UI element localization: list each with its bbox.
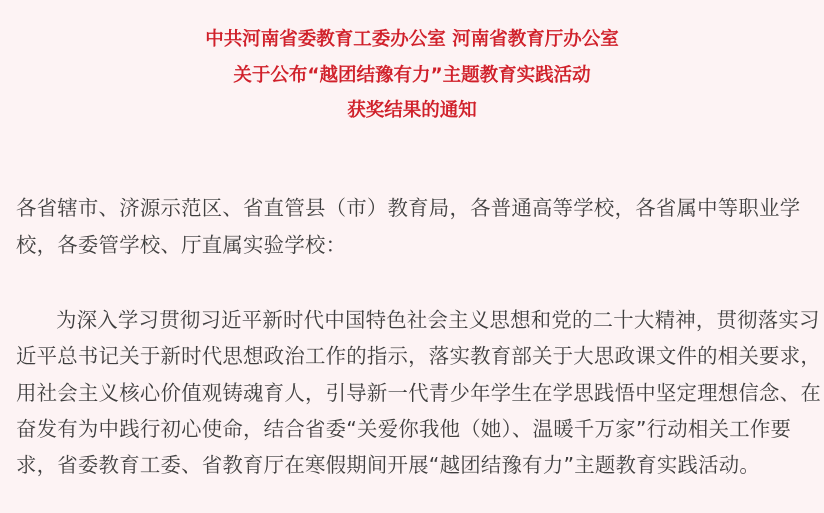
paragraph-line: 奋发有为中践行初心使命，结合省委“关爱你我他（她）、温暖千万家”行动相关工作要 [16,411,812,447]
paragraph-line: 用社会主义核心价值观铸魂育人，引导新一代青少年学生在学思践悟中坚定理想信念、在 [16,375,812,411]
salutation-line: 各省辖市、济源示范区、省直管县（市）教育局，各普通高等学校，各省属中等职业学 [16,190,812,227]
title-line-subject: 关于公布“越团结豫有力”主题教育实践活动 [0,58,824,94]
paragraph-line: 近平总书记关于新时代思想政治工作的指示，落实教育部关于大思政课文件的相关要求， [16,338,812,374]
document-title: 中共河南省委教育工委办公室 河南省教育厅办公室 关于公布“越团结豫有力”主题教育… [0,22,824,129]
title-line-issuer: 中共河南省委教育工委办公室 河南省教育厅办公室 [0,22,824,58]
salutation-line: 校，各委管学校、厅直属实验学校： [16,227,812,264]
paragraph-line: 为深入学习贯彻习近平新时代中国特色社会主义思想和党的二十大精神，贯彻落实习 [16,302,812,338]
paragraph-line: 求，省委教育工委、省教育厅在寒假期间开展“越团结豫有力”主题教育实践活动。 [16,447,812,483]
body-paragraph: 为深入学习贯彻习近平新时代中国特色社会主义思想和党的二十大精神，贯彻落实习 近平… [16,302,812,483]
title-line-notice: 获奖结果的通知 [0,93,824,129]
salutation-recipients: 各省辖市、济源示范区、省直管县（市）教育局，各普通高等学校，各省属中等职业学 校… [16,190,812,263]
